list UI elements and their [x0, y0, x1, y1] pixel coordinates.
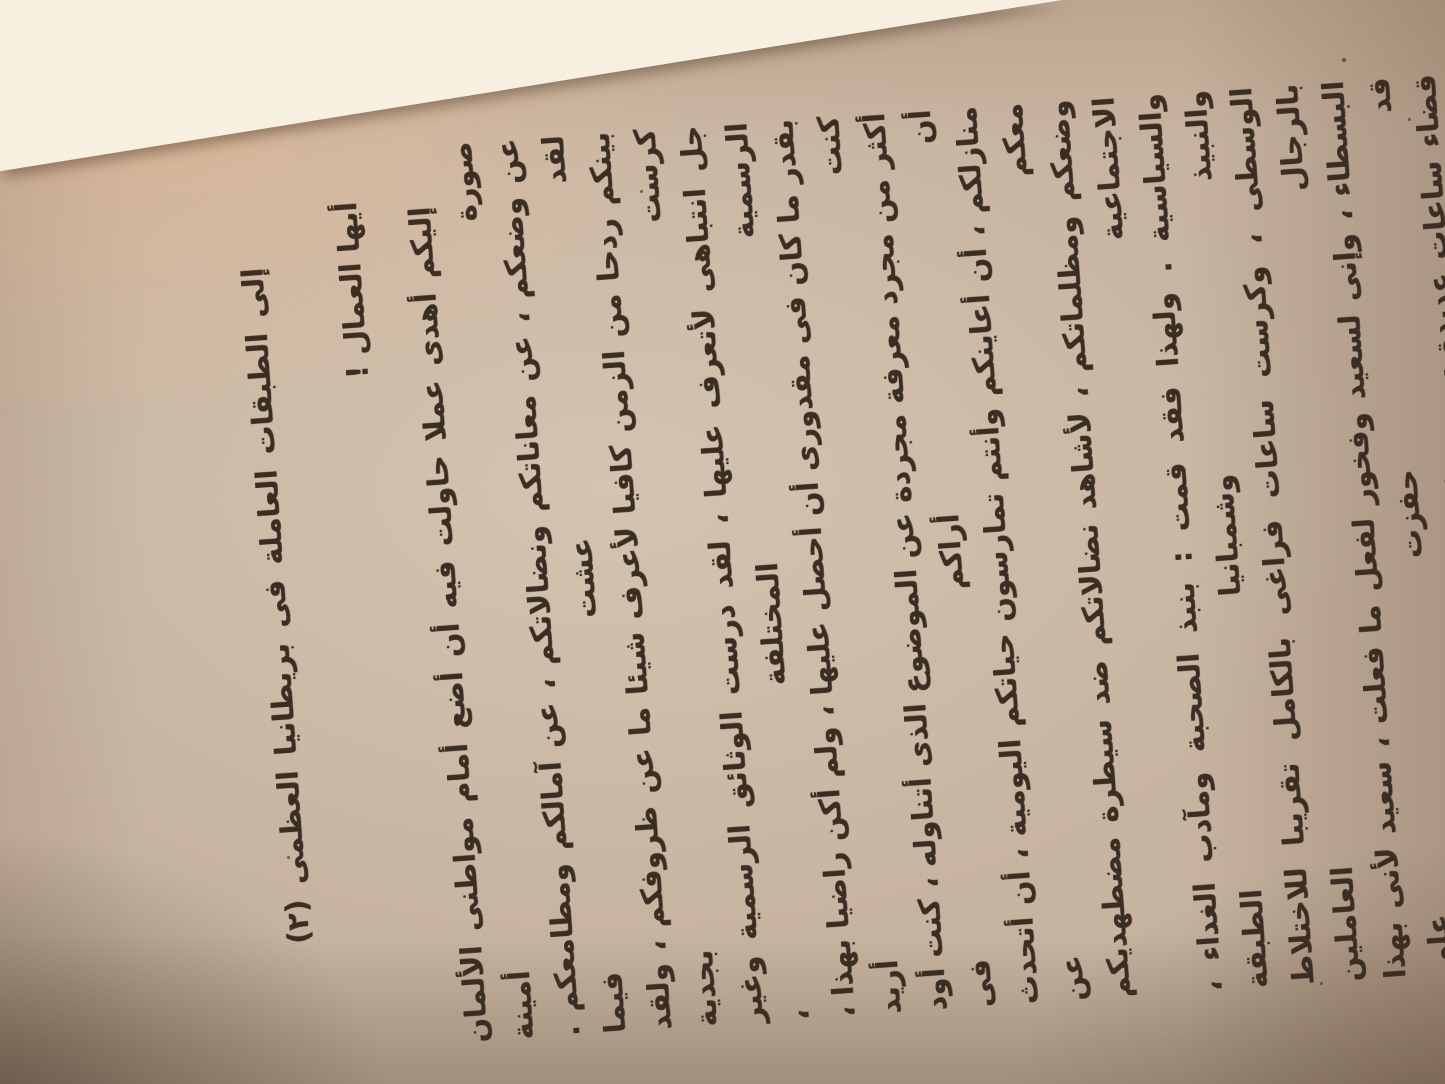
dust-speck	[1408, 118, 1411, 121]
dust-speck	[287, 856, 290, 859]
dust-speck	[1342, 58, 1346, 62]
dust-speck	[640, 190, 643, 193]
body-paragraph: إليكم أهدى عملا حاولت فيه أن أضع أمام مو…	[392, 28, 1445, 1045]
page-title: إلى الطبقات العاملة فى بريطانيا العظمى (…	[224, 156, 327, 1057]
book-photo: إلى الطبقات العاملة فى بريطانيا العظمى (…	[0, 0, 1445, 1084]
book-page-text: إلى الطبقات العاملة فى بريطانيا العظمى (…	[242, 28, 1445, 1055]
dust-speck	[1320, 982, 1323, 985]
